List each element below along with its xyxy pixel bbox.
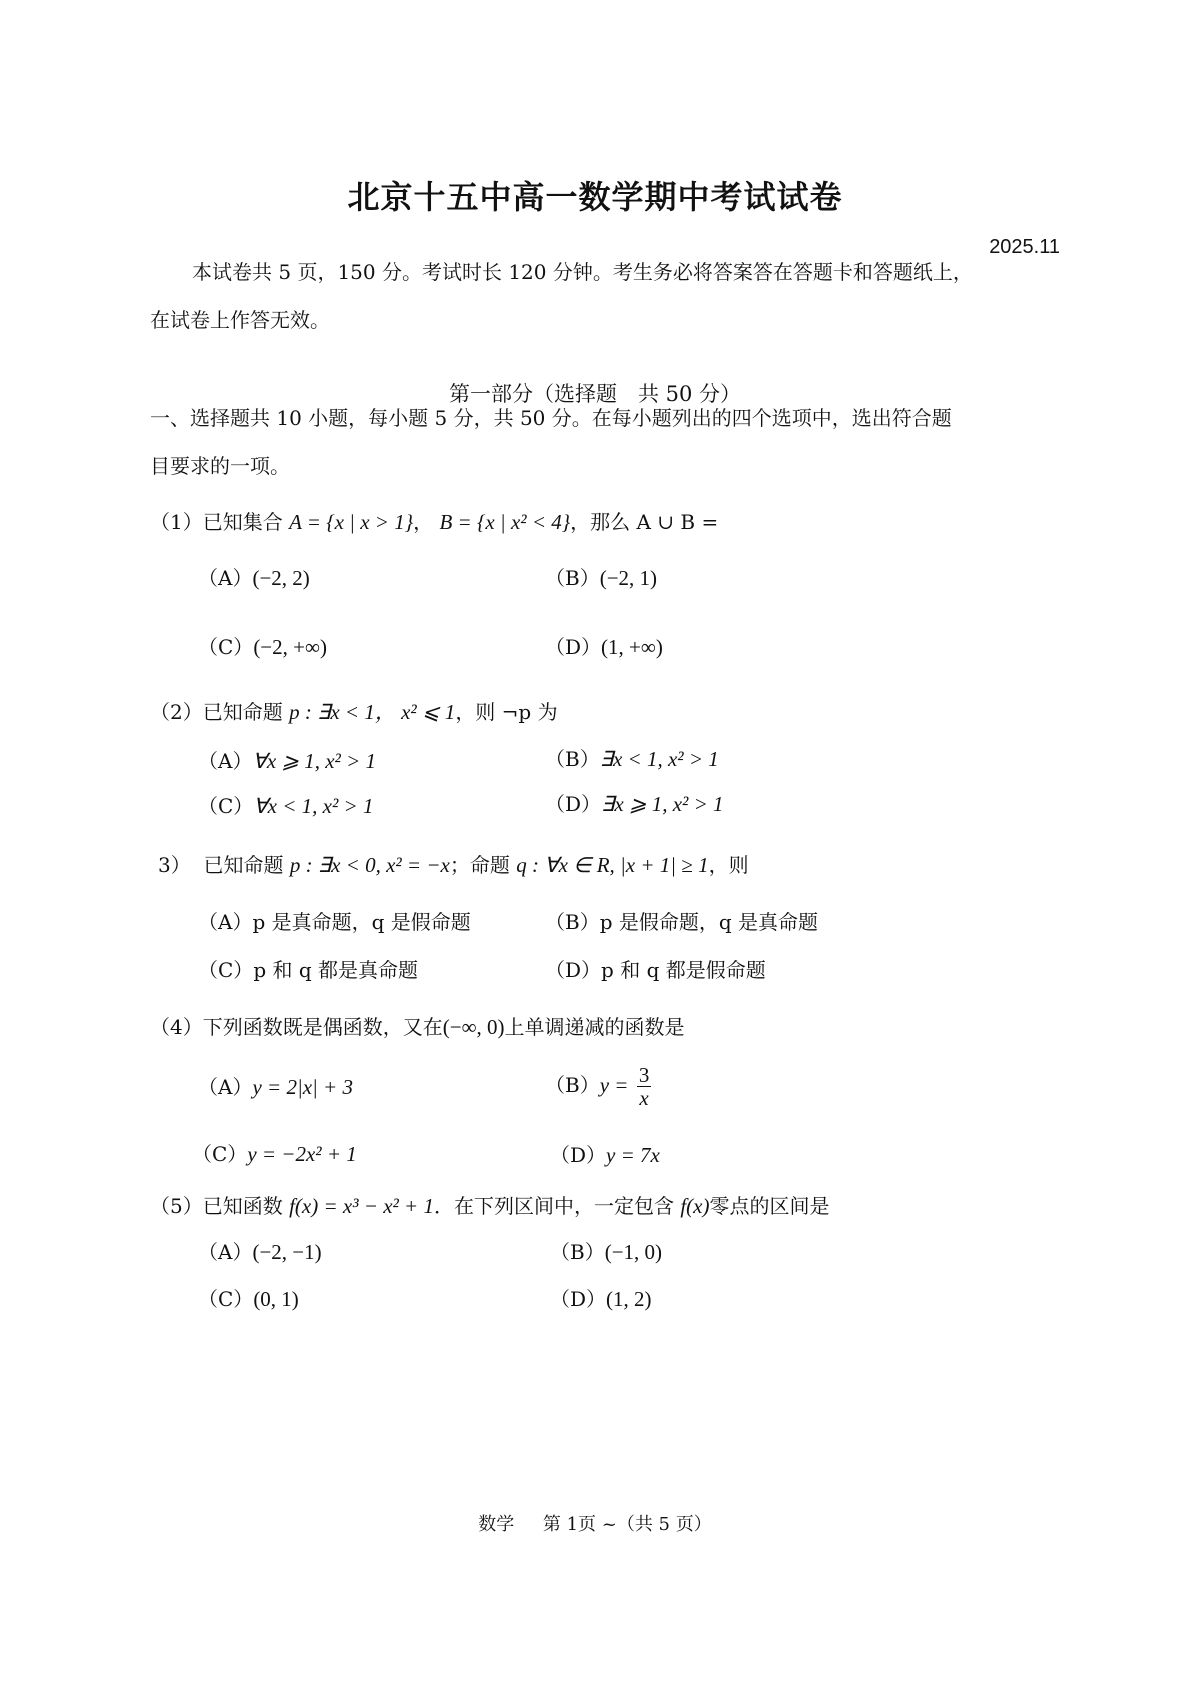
math-expr: q : ∀x ∈ R, |x + 1| ≥ 1 bbox=[516, 853, 708, 877]
math-expr: (−∞, 0) bbox=[443, 1015, 505, 1039]
math-expr: A = {x | x > 1} bbox=[289, 510, 413, 534]
footer-page-number: 第 1页 ~（共 5 页） bbox=[543, 1514, 712, 1535]
question-3-option-b[interactable]: （B）p 是假命题，q 是真命题 bbox=[545, 908, 818, 936]
exam-date: 2025.11 bbox=[989, 236, 1060, 259]
question-1-option-b[interactable]: （B）(−2, 1) bbox=[545, 564, 657, 592]
question-2-option-c[interactable]: （C）∀x < 1, x² > 1 bbox=[198, 792, 373, 820]
question-1-option-d[interactable]: （D）(1, +∞) bbox=[545, 633, 663, 661]
question-4-option-b[interactable]: （B）y = 3x bbox=[545, 1064, 651, 1109]
question-4-option-d[interactable]: （D）y = 7x bbox=[550, 1141, 660, 1169]
intro-line-1: 本试卷共 5 页，150 分。考试时长 120 分钟。考生务必将答案答在答题卡和… bbox=[192, 258, 973, 286]
question-4-stem: （4）下列函数既是偶函数，又在(−∞, 0)上单调递减的函数是 bbox=[150, 1013, 685, 1041]
question-4-option-a[interactable]: （A）y = 2|x| + 3 bbox=[198, 1073, 353, 1101]
question-2-option-a[interactable]: （A）∀x ⩾ 1, x² > 1 bbox=[198, 747, 376, 775]
question-5-option-a[interactable]: （A）(−2, −1) bbox=[198, 1238, 322, 1266]
math-expr: p : ∃x < 1， x² ⩽ 1 bbox=[289, 700, 455, 724]
question-1-option-a[interactable]: （A）(−2, 2) bbox=[198, 564, 310, 592]
math-expr: f(x) bbox=[680, 1194, 709, 1218]
question-number: （5） bbox=[150, 1194, 203, 1218]
question-5-stem: （5）已知函数 f(x) = x³ − x² + 1．在下列区间中，一定包含 f… bbox=[150, 1192, 830, 1220]
section-instructions-2: 目要求的一项。 bbox=[150, 452, 290, 480]
question-1-stem: （1）已知集合 A = {x | x > 1}， B = {x | x² < 4… bbox=[150, 508, 718, 536]
question-3-option-d[interactable]: （D）p 和 q 都是假命题 bbox=[545, 956, 766, 984]
question-2-stem: （2）已知命题 p : ∃x < 1， x² ⩽ 1，则 ¬p 为 bbox=[150, 698, 558, 726]
question-4-option-c[interactable]: （C）y = −2x² + 1 bbox=[192, 1140, 357, 1168]
question-3-option-a[interactable]: （A）p 是真命题，q 是假命题 bbox=[198, 908, 471, 936]
fraction: 3x bbox=[637, 1064, 652, 1109]
question-2-option-d[interactable]: （D）∃x ⩾ 1, x² > 1 bbox=[545, 790, 724, 818]
question-number: （2） bbox=[150, 700, 203, 724]
intro-line-2: 在试卷上作答无效。 bbox=[150, 306, 330, 334]
question-number: （1） bbox=[150, 510, 203, 534]
footer-subject: 数学 bbox=[478, 1514, 514, 1535]
page-footer: 数学 第 1页 ~（共 5 页） bbox=[0, 1510, 1190, 1536]
question-5-option-c[interactable]: （C）(0, 1) bbox=[198, 1285, 299, 1313]
question-5-option-b[interactable]: （B）(−1, 0) bbox=[550, 1238, 662, 1266]
question-3-stem: 3） 已知命题 p : ∃x < 0, x² = −x；命题 q : ∀x ∈ … bbox=[158, 851, 749, 879]
question-number: （4） bbox=[150, 1015, 203, 1039]
question-5-option-d[interactable]: （D）(1, 2) bbox=[550, 1285, 652, 1313]
math-expr: B = {x | x² < 4} bbox=[439, 510, 570, 534]
section-instructions-1: 一、选择题共 10 小题，每小题 5 分，共 50 分。在每小题列出的四个选项中… bbox=[150, 404, 952, 432]
math-expr: f(x) = x³ − x² + 1 bbox=[289, 1194, 434, 1218]
math-expr: p : ∃x < 0, x² = −x bbox=[290, 853, 450, 877]
question-2-option-b[interactable]: （B）∃x < 1, x² > 1 bbox=[545, 745, 719, 773]
exam-title: 北京十五中高一数学期中考试试卷 bbox=[0, 172, 1190, 218]
question-1-option-c[interactable]: （C）(−2, +∞) bbox=[198, 633, 327, 661]
question-3-option-c[interactable]: （C）p 和 q 都是真命题 bbox=[198, 956, 418, 984]
question-number: 3） bbox=[158, 853, 191, 877]
